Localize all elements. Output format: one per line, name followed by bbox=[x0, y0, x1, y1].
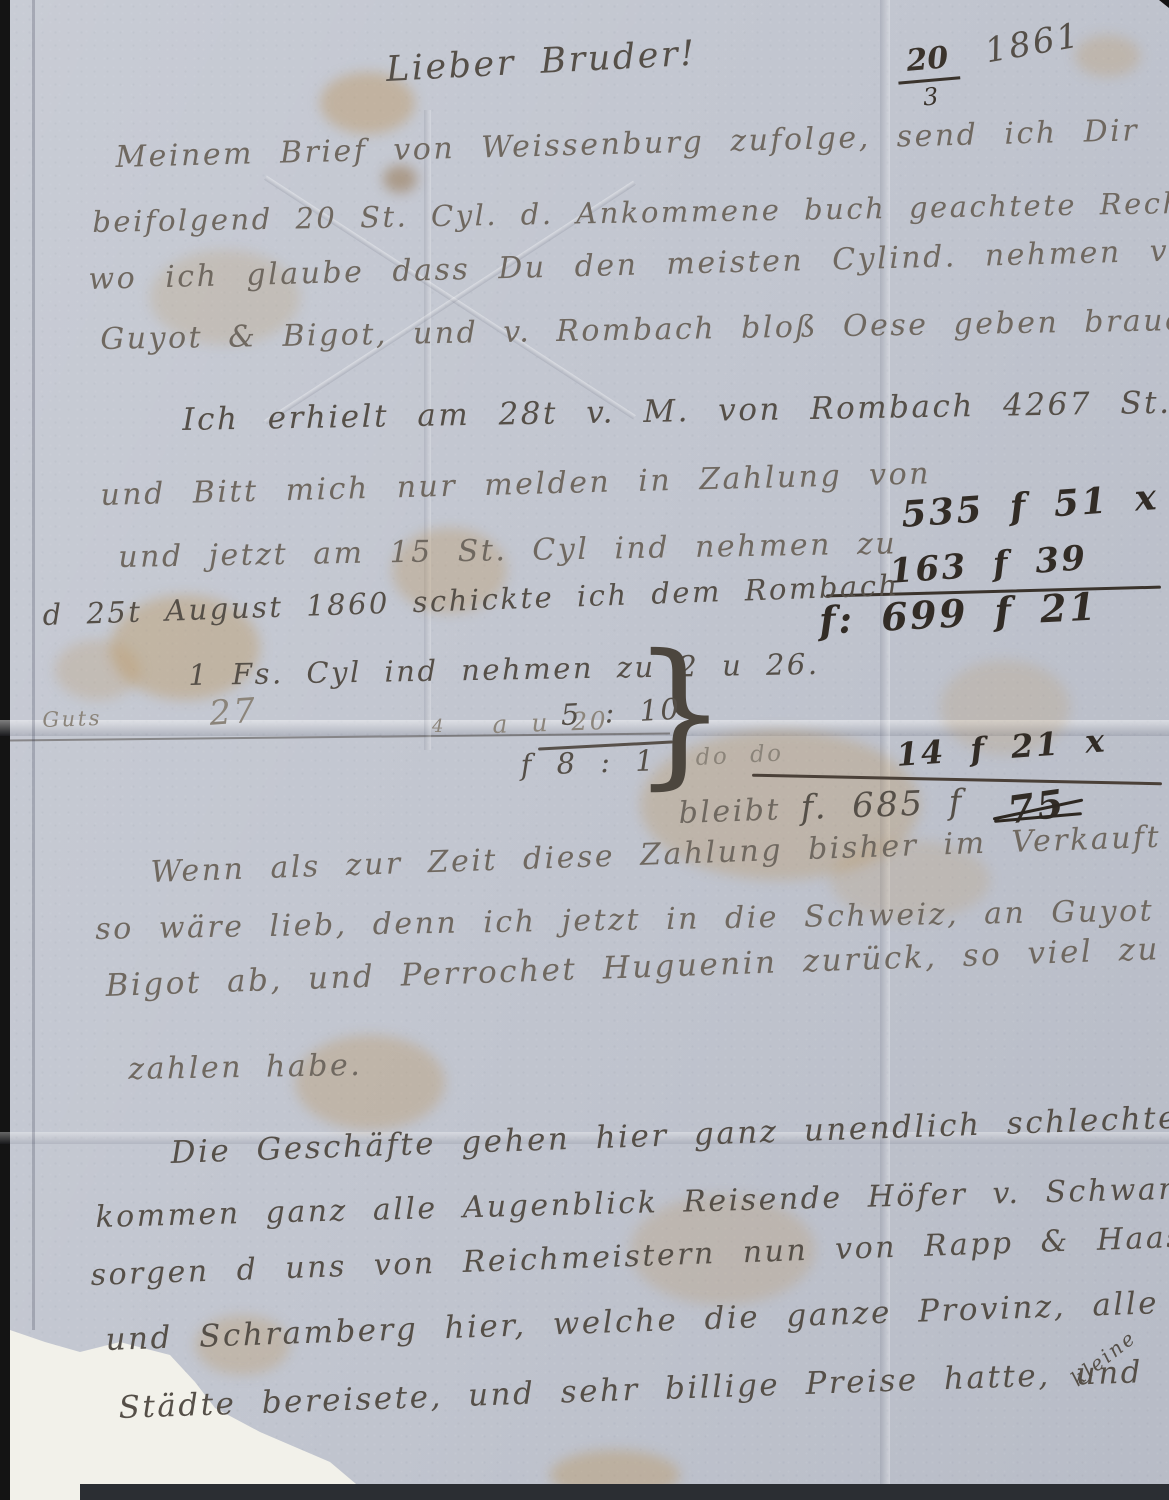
figure-5-10: 5 : 10 bbox=[560, 692, 682, 732]
stain-blob-3 bbox=[383, 165, 417, 193]
remainder-amount: f. 685 f bbox=[800, 782, 965, 828]
date-fraction: 20 3 bbox=[895, 39, 963, 113]
ditto-marks: do do bbox=[695, 740, 784, 771]
scanner-edge-bottom bbox=[80, 1484, 1169, 1500]
remainder-label: bleibt bbox=[678, 792, 782, 831]
note-guts: Guts bbox=[42, 706, 102, 732]
stain-blob-6 bbox=[55, 640, 140, 700]
date-month: 3 bbox=[899, 80, 963, 113]
letter-line-p4-4: zahlen habe. bbox=[128, 1048, 362, 1087]
figure-27: 27 bbox=[208, 691, 259, 734]
scanned-letter: 20 3 1861 Lieber Bruder! Meinem Brief vo… bbox=[0, 0, 1169, 1500]
stain-blob-13 bbox=[1075, 35, 1140, 77]
date-day: 20 bbox=[895, 39, 960, 84]
figure-8-1: f 8 : 1 bbox=[520, 743, 657, 782]
figure-4: 4 bbox=[432, 716, 446, 737]
